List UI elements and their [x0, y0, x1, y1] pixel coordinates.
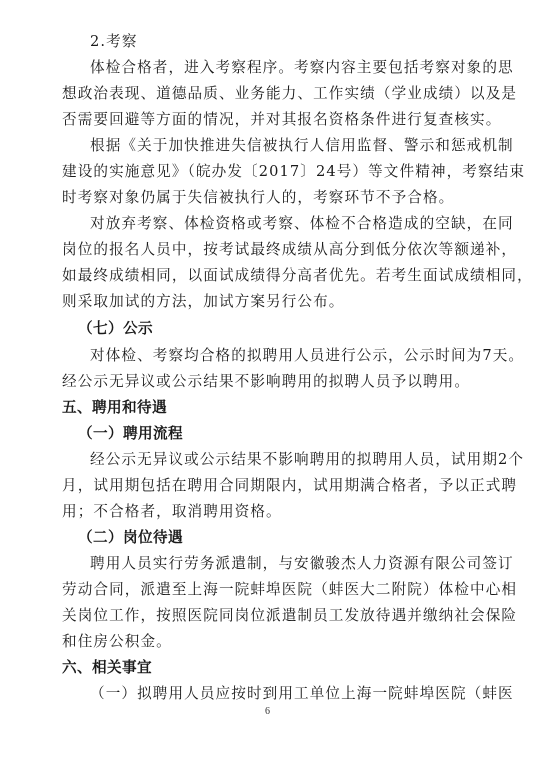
heading-employment-and-benefits: 五、聘用和待遇 — [62, 399, 482, 417]
subsection-title-inspection: 2.考察 — [90, 33, 482, 51]
paragraph-line: （一）拟聘用人员应按时到用工单位上海一院蚌埠医院（蚌医 — [90, 685, 482, 703]
paragraph-line: 聘用人员实行劳务派遣制，与安徽骏杰人力资源有限公司签订 — [90, 555, 482, 573]
heading-related-matters: 六、相关事宜 — [62, 659, 482, 677]
paragraph-line: 体检合格者，进入考察程序。考察内容主要包括考察对象的思 — [90, 59, 482, 77]
paragraph-line: 岗位的报名人员中，按考试最终成绩从高分到低分依次等额递补， — [62, 241, 482, 259]
paragraph-line: 想政治表现、道德品质、业务能力、工作实绩（学业成绩）以及是 — [62, 85, 482, 103]
paragraph-line: 关岗位工作，按照医院同岗位派遣制员工发放待遇并缴纳社会保险 — [62, 607, 482, 625]
paragraph-line: 时考察对象仍属于失信被执行人的，考察环节不予合格。 — [62, 189, 482, 207]
paragraph-line: 月，试用期包括在聘用合同期限内，试用期满合格者，予以正式聘 — [62, 477, 482, 495]
document-page: 2.考察 体检合格者，进入考察程序。考察内容主要包括考察对象的思 想政治表现、道… — [0, 0, 535, 757]
heading-employment-process: （一）聘用流程 — [78, 425, 498, 443]
paragraph-line: 否需要回避等方面的情况，并对其报名资格条件进行复查核实。 — [62, 111, 482, 129]
heading-position-benefits: （二）岗位待遇 — [78, 529, 498, 547]
paragraph-line: 建设的实施意见》（皖办发〔2017〕24号）等文件精神，考察结束 — [62, 163, 482, 181]
paragraph-line: 和住房公积金。 — [62, 633, 482, 651]
paragraph-line: 对体检、考察均合格的拟聘用人员进行公示，公示时间为7天。 — [90, 347, 482, 365]
paragraph-line: 根据《关于加快推进失信被执行人信用监督、警示和惩戒机制 — [90, 137, 482, 155]
paragraph-line: 用；不合格者，取消聘用资格。 — [62, 503, 482, 521]
paragraph-line: 则采取加试的方法，加试方案另行公布。 — [62, 293, 482, 311]
page-number: 6 — [0, 706, 535, 717]
heading-publicity: （七）公示 — [78, 320, 498, 338]
paragraph-line: 经公示无异议或公示结果不影响聘用的拟聘用人员，试用期2个 — [90, 451, 482, 469]
paragraph-line: 劳动合同，派遣至上海一院蚌埠医院（蚌医大二附院）体检中心相 — [62, 581, 482, 599]
paragraph-line: 经公示无异议或公示结果不影响聘用的拟聘人员予以聘用。 — [62, 373, 482, 391]
paragraph-line: 对放弃考察、体检资格或考察、体检不合格造成的空缺，在同 — [90, 215, 482, 233]
paragraph-line: 如最终成绩相同，以面试成绩得分高者优先。若考生面试成绩相同， — [62, 267, 482, 285]
